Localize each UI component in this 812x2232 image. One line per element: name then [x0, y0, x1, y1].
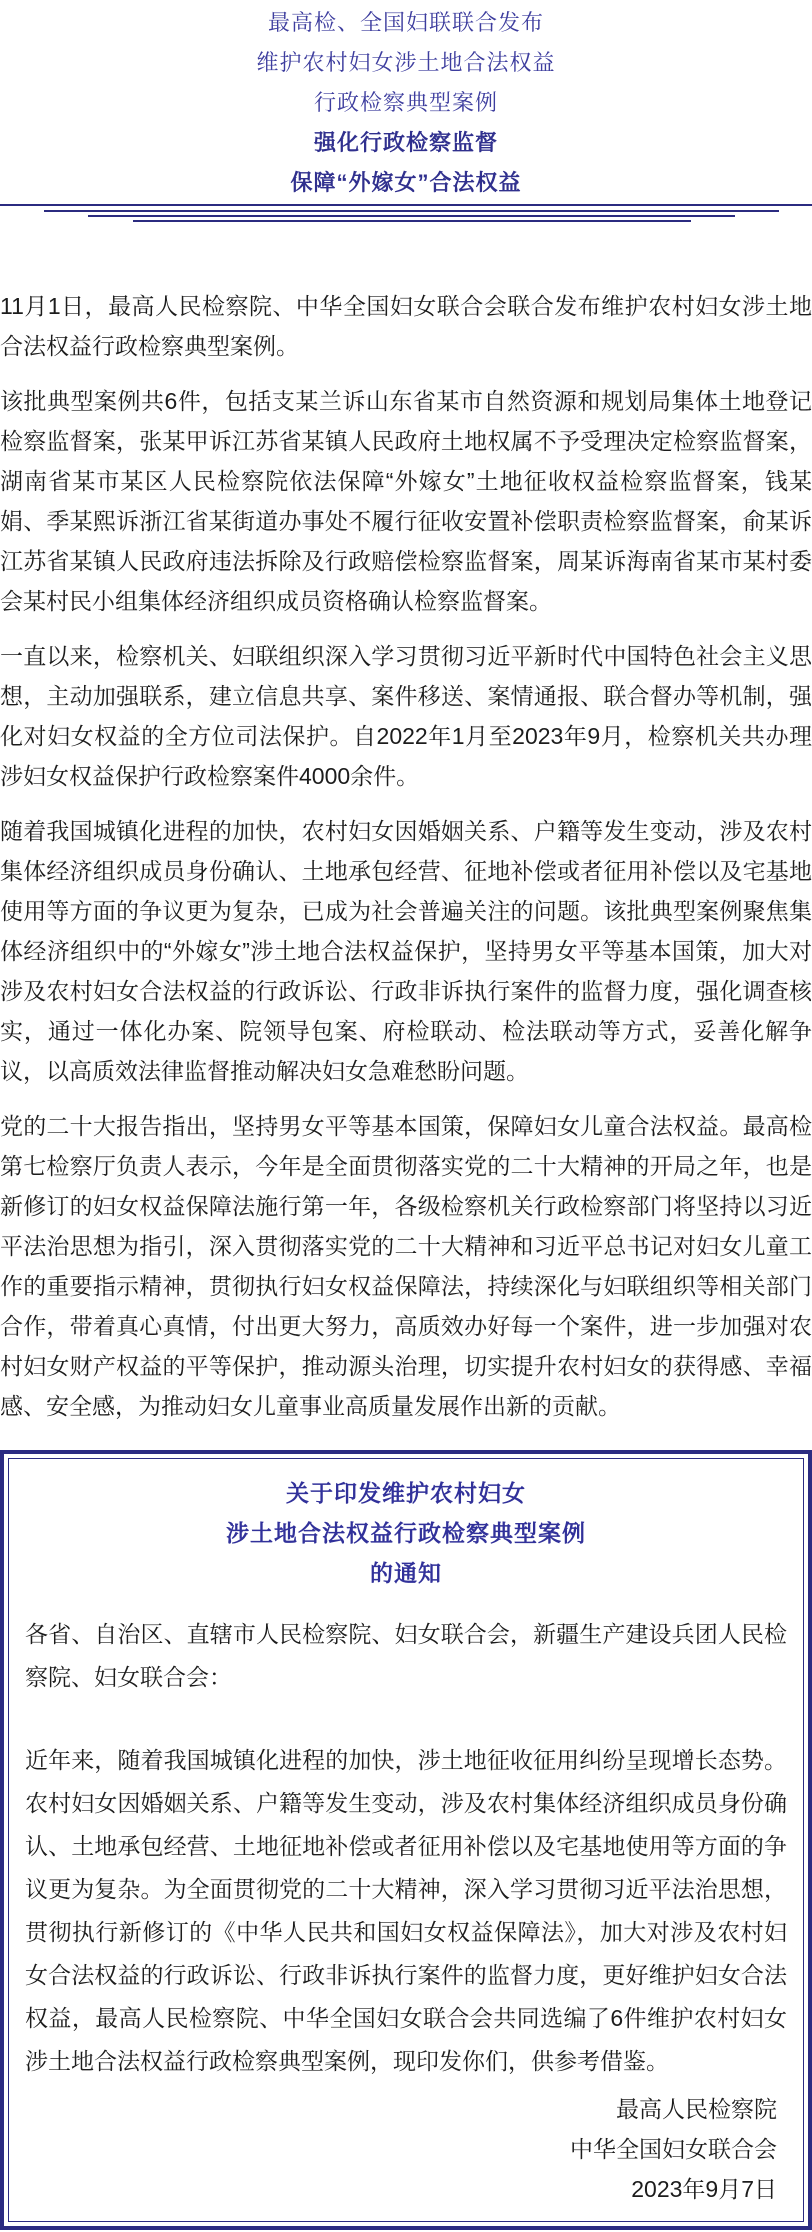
- article-paragraph: 随着我国城镇化进程的加快，农村妇女因婚姻关系、户籍等发生变动，涉及农村集体经济组…: [0, 811, 812, 1091]
- notice-signer-1: 最高人民检察院: [25, 2089, 777, 2129]
- notice-title-line-3: 的通知: [25, 1553, 787, 1593]
- notice-box: 关于印发维护农村妇女 涉土地合法权益行政检察典型案例 的通知 各省、自治区、直辖…: [0, 1450, 812, 2230]
- notice-title: 关于印发维护农村妇女 涉土地合法权益行政检察典型案例 的通知: [25, 1473, 787, 1593]
- article-paragraph: 一直以来，检察机关、妇联组织深入学习贯彻习近平新时代中国特色社会主义思想，主动加…: [0, 636, 812, 796]
- article-page: 最高检、全国妇联联合发布 维护农村妇女涉土地合法权益 行政检察典型案例 强化行政…: [0, 0, 812, 2232]
- notice-title-line-2: 涉土地合法权益行政检察典型案例: [25, 1513, 787, 1553]
- headline-line-2: 维护农村妇女涉土地合法权益: [0, 43, 812, 83]
- notice-box-inner: 关于印发维护农村妇女 涉土地合法权益行政检察典型案例 的通知 各省、自治区、直辖…: [8, 1458, 804, 2222]
- decorative-divider: [0, 204, 812, 224]
- divider-line: [44, 210, 779, 212]
- divider-line: [0, 204, 812, 206]
- headline-line-4: 强化行政检察监督: [0, 123, 812, 163]
- notice-date: 2023年9月7日: [25, 2169, 777, 2209]
- notice-signer-2: 中华全国妇女联合会: [25, 2129, 777, 2169]
- headline-line-5: 保障“外嫁女”合法权益: [0, 163, 812, 203]
- article-paragraph: 党的二十大报告指出，坚持男女平等基本国策，保障妇女儿童合法权益。最高检第七检察厅…: [0, 1106, 812, 1426]
- headline-line-3: 行政检察典型案例: [0, 83, 812, 123]
- notice-title-line-1: 关于印发维护农村妇女: [25, 1473, 787, 1513]
- divider-line: [88, 215, 735, 217]
- headline-line-1: 最高检、全国妇联联合发布: [0, 3, 812, 43]
- divider-line: [133, 220, 691, 222]
- notice-body: 近年来，随着我国城镇化进程的加快，涉土地征收征用纠纷呈现增长态势。农村妇女因婚姻…: [25, 1739, 787, 2083]
- article-paragraph: 该批典型案例共6件，包括支某兰诉山东省某市自然资源和规划局集体土地登记检察监督案…: [0, 381, 812, 621]
- article-paragraph: 11月1日，最高人民检察院、中华全国妇女联合会联合发布维护农村妇女涉土地合法权益…: [0, 286, 812, 366]
- notice-salutation: 各省、自治区、直辖市人民检察院、妇女联合会，新疆生产建设兵团人民检察院、妇女联合…: [25, 1613, 787, 1699]
- headline-block: 最高检、全国妇联联合发布 维护农村妇女涉土地合法权益 行政检察典型案例 强化行政…: [0, 0, 812, 203]
- article-body: 11月1日，最高人民检察院、中华全国妇女联合会联合发布维护农村妇女涉土地合法权益…: [0, 286, 812, 1426]
- notice-signature-block: 最高人民检察院 中华全国妇女联合会 2023年9月7日: [25, 2089, 787, 2209]
